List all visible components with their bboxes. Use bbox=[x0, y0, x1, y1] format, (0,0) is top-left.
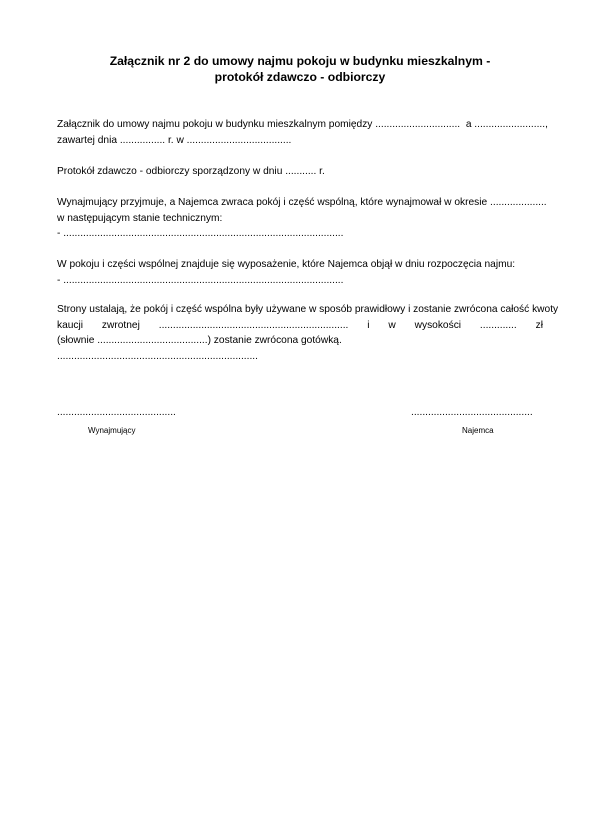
technical-state-line-3: - ......................................… bbox=[57, 226, 543, 242]
document-title: Załącznik nr 2 do umowy najmu pokoju w b… bbox=[0, 52, 600, 83]
parties-text: Załącznik do umowy najmu pokoju w budynk… bbox=[57, 119, 460, 130]
word: i bbox=[367, 318, 369, 334]
parties-line-2: zawartej dnia ................ r. w ....… bbox=[57, 133, 543, 149]
word: wysokości bbox=[415, 318, 461, 334]
word: w bbox=[388, 318, 395, 334]
paragraph-protocol-date: Protokół zdawczo - odbiorczy sporządzony… bbox=[57, 164, 543, 180]
title-line-1: Załącznik nr 2 do umowy najmu pokoju w b… bbox=[0, 52, 600, 68]
deposit-value-blank: ............. bbox=[480, 318, 517, 334]
equipment-line-1: W pokoju i części wspólnej znajduje się … bbox=[57, 257, 543, 273]
deposit-amount-blank: ........................................… bbox=[159, 318, 349, 334]
signature-label-tenant: Najemca bbox=[462, 426, 494, 435]
word: kaucji bbox=[57, 318, 83, 334]
paragraph-deposit: Strony ustalają, że pokój i część wspóln… bbox=[57, 302, 543, 364]
parties-line-1: Załącznik do umowy najmu pokoju w budynk… bbox=[57, 117, 543, 133]
title-line-2: protokół zdawczo - odbiorczy bbox=[0, 68, 600, 84]
paragraph-parties: Załącznik do umowy najmu pokoju w budynk… bbox=[57, 117, 543, 148]
equipment-line-2: - ......................................… bbox=[57, 273, 543, 289]
deposit-line-3: (słownie ...............................… bbox=[57, 333, 543, 349]
currency-label: zł bbox=[536, 318, 543, 334]
parties-second-party: a ........................., bbox=[466, 119, 548, 130]
paragraph-technical-state: Wynajmujący przyjmuje, a Najemca zwraca … bbox=[57, 195, 543, 242]
protocol-date-line: Protokół zdawczo - odbiorczy sporządzony… bbox=[57, 164, 543, 180]
signature-label-landlord: Wynajmujący bbox=[88, 426, 136, 435]
signature-line-tenant: ........................................… bbox=[411, 407, 533, 418]
paragraph-equipment: W pokoju i części wspólnej znajduje się … bbox=[57, 257, 543, 288]
document-page: Załącznik nr 2 do umowy najmu pokoju w b… bbox=[0, 0, 600, 825]
deposit-line-4: ........................................… bbox=[57, 349, 543, 365]
word: zwrotnej bbox=[102, 318, 140, 334]
technical-state-line-2: w następującym stanie technicznym: bbox=[57, 211, 543, 227]
deposit-line-2: kaucji zwrotnej ........................… bbox=[57, 318, 543, 334]
technical-state-line-1: Wynajmujący przyjmuje, a Najemca zwraca … bbox=[57, 195, 543, 211]
signature-line-landlord: ........................................… bbox=[57, 407, 176, 418]
deposit-line-1: Strony ustalają, że pokój i część wspóln… bbox=[57, 302, 543, 318]
